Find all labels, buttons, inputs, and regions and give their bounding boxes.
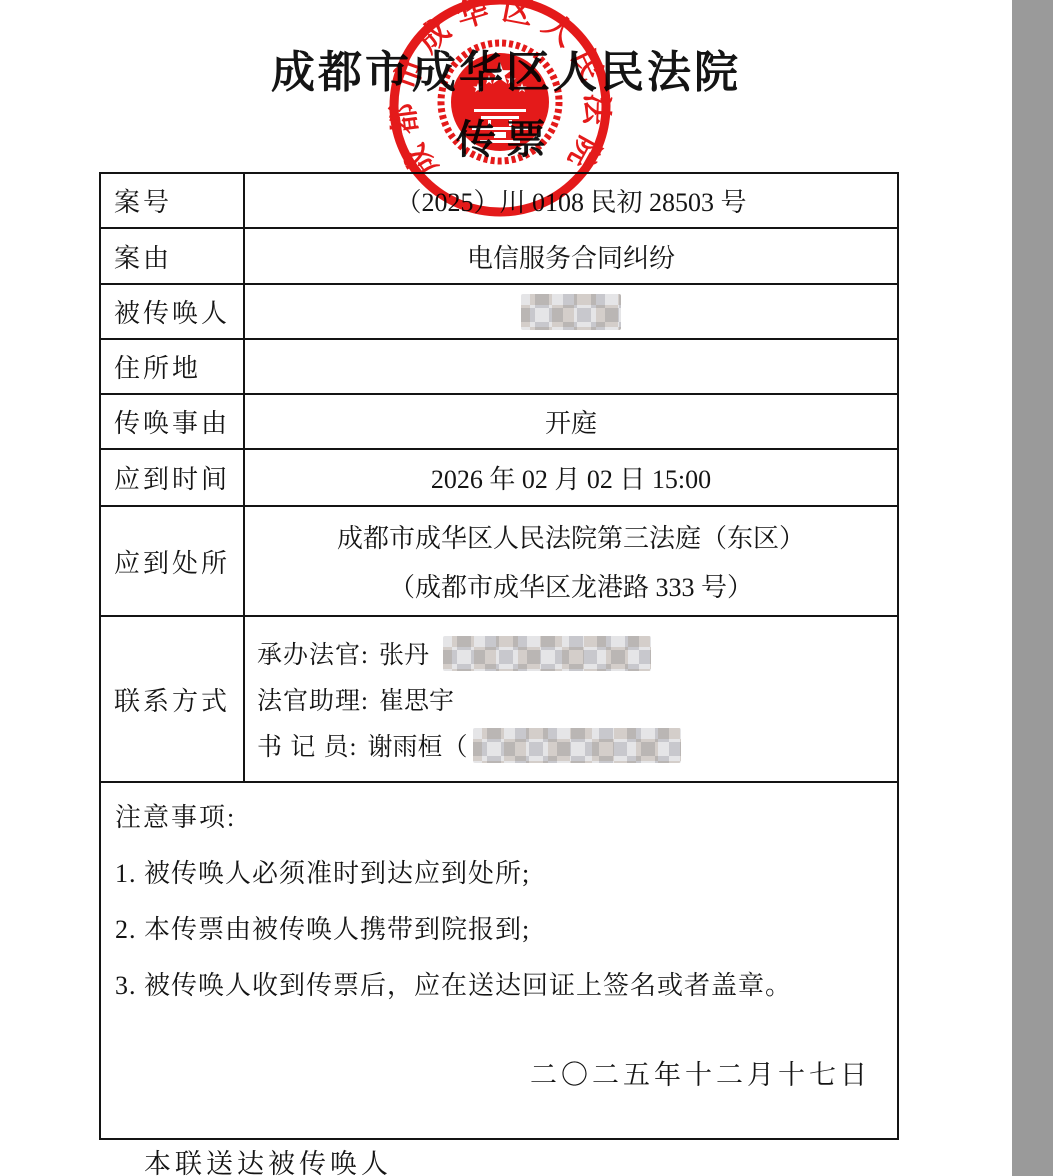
residence-value — [245, 340, 897, 393]
contact-role: 承办法官: — [257, 635, 369, 671]
table-row-case-number: 案号 （2025）川 0108 民初 28503 号 — [101, 174, 897, 229]
appear-place-line1: 成都市成华区人民法院第三法庭（东区） — [337, 518, 805, 555]
note-item-3: 3. 被传唤人收到传票后，应在送达回证上签名或者盖章。 — [115, 971, 883, 1001]
footer-copy-note: 本联送达被传唤人 — [144, 1142, 392, 1176]
row-label: 被传唤人 — [101, 285, 245, 338]
table-row-cause: 案由 电信服务合同纠纷 — [101, 229, 897, 285]
contact-line-clerk: 书 记 员: 谢雨桓（ — [257, 727, 681, 763]
notes-cell: 注意事项: 1. 被传唤人必须准时到达应到处所; 2. 本传票由被传唤人携带到院… — [101, 783, 897, 1138]
row-label: 联系方式 — [101, 617, 245, 781]
table-row-appear-time: 应到时间 2026 年 02 月 02 日 15:00 — [101, 450, 897, 507]
note-item-2: 2. 本传票由被传唤人携带到院报到; — [115, 915, 883, 945]
table-row-summon-reason: 传唤事由 开庭 — [101, 395, 897, 450]
court-name-title: 成都市成华区人民法院 — [0, 36, 1012, 100]
contact-name: 张丹 — [379, 635, 429, 671]
table-row-appear-place: 应到处所 成都市成华区人民法院第三法庭（东区） （成都市成华区龙港路 333 号… — [101, 507, 897, 617]
appear-time-value: 2026 年 02 月 02 日 15:00 — [245, 450, 897, 505]
row-label: 案由 — [101, 229, 245, 283]
case-number-value: （2025）川 0108 民初 28503 号 — [245, 174, 897, 227]
contact-line-assistant: 法官助理: 崔思宇 — [257, 681, 454, 717]
row-label: 案号 — [101, 174, 245, 227]
note-item-1: 1. 被传唤人必须准时到达应到处所; — [115, 859, 883, 889]
cause-value: 电信服务合同纠纷 — [245, 229, 897, 283]
row-label: 传唤事由 — [101, 395, 245, 448]
summons-table: 案号 （2025）川 0108 民初 28503 号 案由 电信服务合同纠纷 被… — [99, 172, 899, 1140]
redacted-block — [473, 728, 681, 763]
contact-name: 崔思宇 — [379, 681, 454, 717]
notes-heading: 注意事项: — [115, 803, 883, 833]
table-row-residence: 住所地 — [101, 340, 897, 395]
issue-date: 二〇二五年十二月十七日 — [530, 1053, 871, 1092]
redacted-block — [443, 636, 651, 671]
document-title: 传票 — [0, 108, 1012, 165]
contact-role: 法官助理: — [257, 681, 369, 717]
row-label: 应到时间 — [101, 450, 245, 505]
contact-name: 谢雨桓（ — [367, 727, 467, 763]
appear-place-line2: （成都市成华区龙港路 333 号） — [389, 567, 753, 604]
contact-value: 承办法官: 张丹 法官助理: 崔思宇 书 记 员: 谢雨桓（ — [245, 617, 897, 781]
table-row-summoned-person: 被传唤人 — [101, 285, 897, 340]
table-row-notes: 注意事项: 1. 被传唤人必须准时到达应到处所; 2. 本传票由被传唤人携带到院… — [101, 783, 897, 1138]
summon-reason-value: 开庭 — [245, 395, 897, 448]
redacted-block — [521, 294, 621, 330]
row-label: 应到处所 — [101, 507, 245, 615]
appear-place-value: 成都市成华区人民法院第三法庭（东区） （成都市成华区龙港路 333 号） — [245, 507, 897, 615]
summoned-person-value — [245, 285, 897, 338]
summons-document-page: 成都市成华区人民法院 传票 案号 （2025）川 0108 民初 28503 号… — [0, 0, 1053, 1176]
right-gray-band — [1012, 0, 1053, 1176]
row-label: 住所地 — [101, 340, 245, 393]
contact-line-judge: 承办法官: 张丹 — [257, 635, 651, 671]
contact-role: 书 记 员: — [257, 727, 357, 763]
table-row-contact: 联系方式 承办法官: 张丹 法官助理: 崔思宇 书 记 员: 谢雨桓（ — [101, 617, 897, 783]
